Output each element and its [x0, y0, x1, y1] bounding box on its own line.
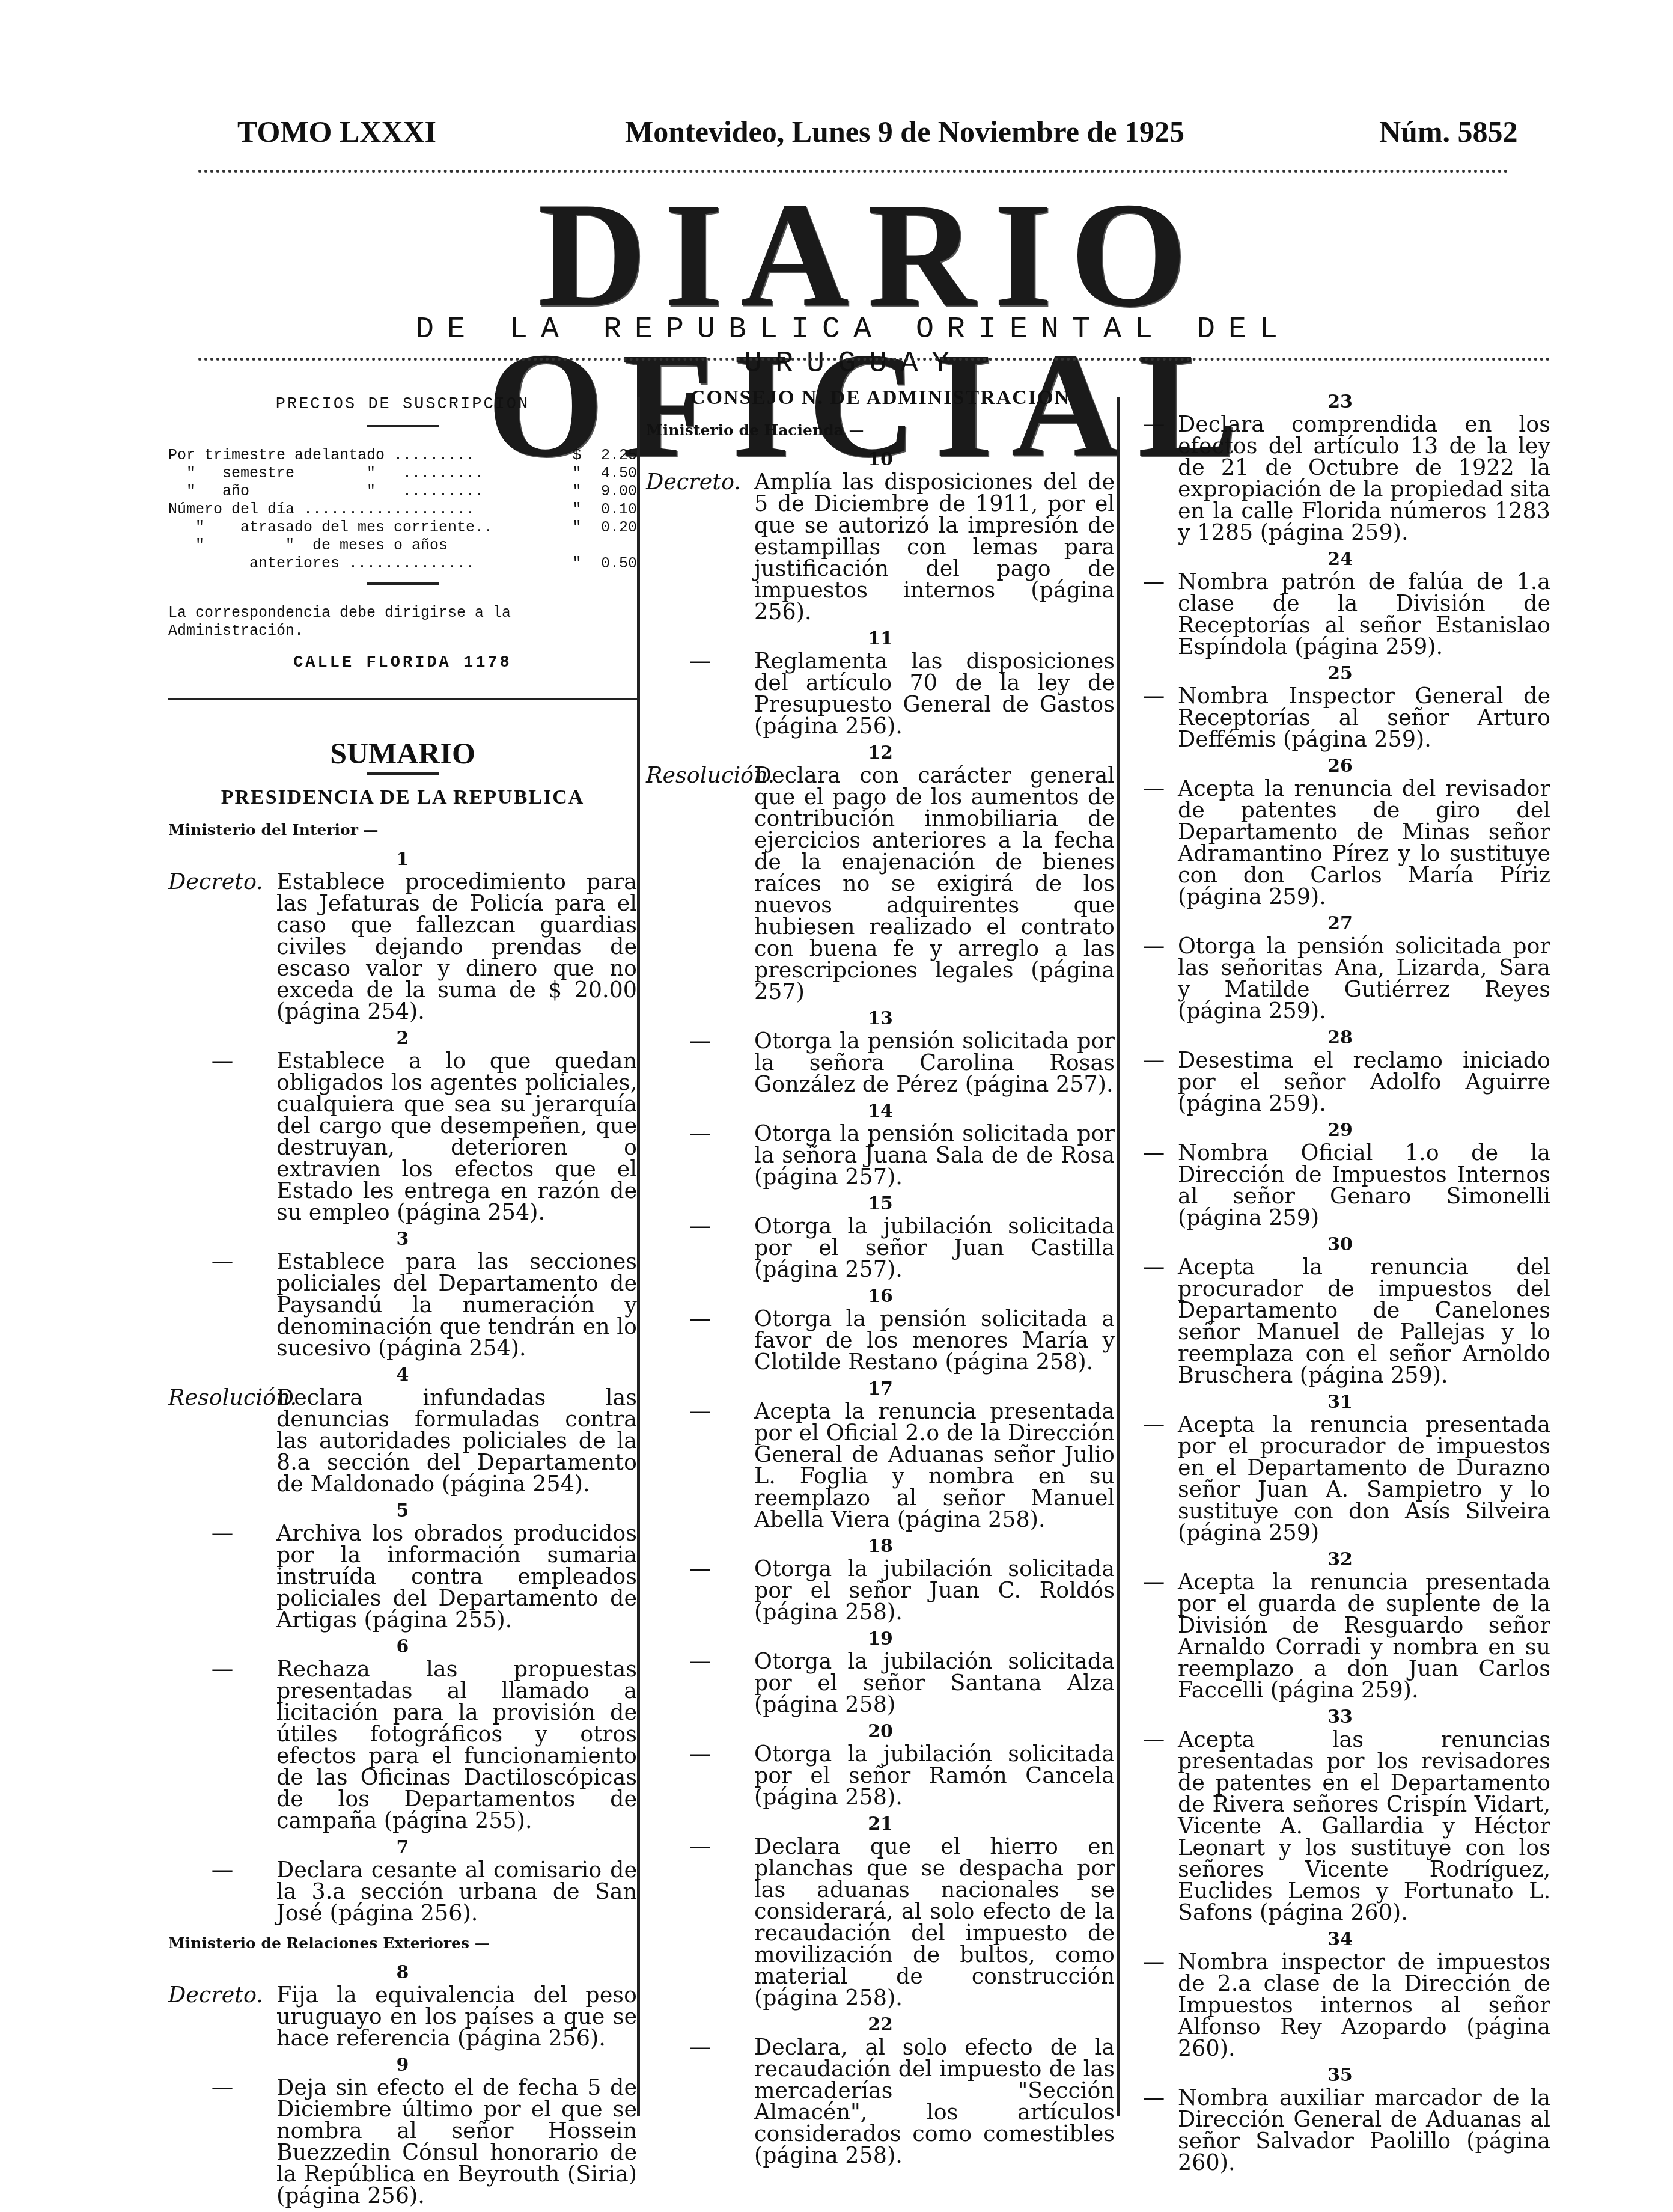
item-body: Resolución.Declara con carácter general …	[646, 765, 1115, 1003]
item-text: Establece a lo que quedan obligados los …	[276, 1050, 637, 1223]
price-value: 4.50	[589, 465, 637, 483]
section-heading: PRESIDENCIA DE LA REPUBLICA	[168, 787, 637, 808]
item-body: —Acepta la renuncia del revisador de pat…	[1130, 778, 1550, 908]
summary-item: 11—Reglamenta las disposiciones del artí…	[646, 628, 1115, 737]
price-currency: "	[565, 555, 589, 573]
item-body: —Desestima el reclamo iniciado por el se…	[1130, 1049, 1550, 1114]
price-label: " atrasado del mes corriente..	[168, 519, 565, 537]
item-kind: —	[1130, 2087, 1178, 2174]
item-kind: Decreto.	[646, 471, 754, 623]
summary-item: 9—Deja sin efecto el de fecha 5 de Dicie…	[168, 2054, 637, 2207]
short-divider	[367, 772, 439, 775]
item-number: 27	[1130, 912, 1550, 935]
section-heading: CONSEJO N. DE ADMINISTRACION	[646, 387, 1115, 409]
item-text: Declara que el hierro en planchas que se…	[754, 1836, 1115, 2009]
ministry-heading: Ministerio del Interior —	[168, 819, 637, 841]
summary-item: 8Decreto.Fija la equivalencia del peso u…	[168, 1961, 637, 2049]
price-label: anteriores ..............	[168, 555, 565, 573]
summary-item: 4Resolución.Declara infundadas las denun…	[168, 1364, 637, 1495]
item-kind: —	[1130, 685, 1178, 750]
price-value: 0.50	[589, 555, 637, 573]
price-value: 2.25	[589, 447, 637, 465]
item-number: 17	[646, 1378, 1115, 1401]
item-number: 9	[168, 2054, 637, 2077]
item-number: 1	[168, 848, 637, 871]
summary-item: 6—Rechaza las propuestas presentadas al …	[168, 1636, 637, 1832]
summary-item: 18—Otorga la jubilación solicitada por e…	[646, 1535, 1115, 1623]
item-number: 24	[1130, 548, 1550, 571]
summary-item: 16—Otorga la pensión solicitada a favor …	[646, 1285, 1115, 1373]
item-text: Acepta la renuncia del revisador de pate…	[1178, 778, 1550, 908]
summary-item: 32—Acepta la renuncia presentada por el …	[1130, 1548, 1550, 1701]
summary-item: 14—Otorga la pensión solicitada por la s…	[646, 1100, 1115, 1188]
price-label: " " de meses o años	[168, 537, 565, 555]
summary-item: 30—Acepta la renuncia del procurador de …	[1130, 1233, 1550, 1386]
item-body: —Reglamenta las disposiciones del artícu…	[646, 650, 1115, 737]
summary-item: 31—Acepta la renuncia presentada por el …	[1130, 1391, 1550, 1544]
item-text: Otorga la jubilación solicitada por el s…	[754, 1215, 1115, 1280]
item-kind: —	[168, 1859, 276, 1924]
item-body: —Declara cesante al comisario de la 3.a …	[168, 1859, 637, 1924]
item-number: 23	[1130, 391, 1550, 414]
price-currency: "	[565, 465, 589, 483]
item-number: 31	[1130, 1391, 1550, 1414]
item-number: 7	[168, 1836, 637, 1859]
item-kind: Resolución.	[646, 765, 754, 1003]
item-kind: —	[1130, 778, 1178, 908]
item-body: —Archiva los obrados producidos por la i…	[168, 1523, 637, 1631]
item-kind: —	[168, 1251, 276, 1359]
item-kind: Decreto.	[168, 871, 276, 1022]
item-kind: —	[646, 1123, 754, 1188]
item-number: 4	[168, 1364, 637, 1387]
ministry-heading: Ministerio de Relaciones Exteriores —	[168, 1932, 637, 1954]
item-number: 14	[646, 1100, 1115, 1123]
summary-item: 17—Acepta la renuncia presentada por el …	[646, 1378, 1115, 1530]
item-text: Acepta las renuncias presentadas por los…	[1178, 1729, 1550, 1923]
summary-item: 2—Establece a lo que quedan obligados lo…	[168, 1027, 637, 1223]
item-text: Nombra Oficial 1.o de la Dirección de Im…	[1178, 1142, 1550, 1229]
item-kind: —	[1130, 935, 1178, 1022]
item-kind: —	[646, 1215, 754, 1280]
item-text: Deja sin efecto el de fecha 5 de Diciemb…	[276, 2077, 637, 2207]
item-text: Declara comprendida en los efectos del a…	[1178, 414, 1550, 543]
item-text: Reglamenta las disposiciones del artícul…	[754, 650, 1115, 737]
price-currency: $	[565, 447, 589, 465]
price-row: " año " ........."9.00	[168, 483, 637, 501]
dateline: Montevideo, Lunes 9 de Noviembre de 1925	[625, 114, 1184, 149]
col2-groups: Ministerio de Hacienda —10Decreto.Amplía…	[646, 420, 1115, 2166]
item-kind: —	[168, 1658, 276, 1832]
price-row: " semestre " ........."4.50	[168, 465, 637, 483]
item-body: Decreto.Fija la equivalencia del peso ur…	[168, 1984, 637, 2049]
item-body: —Nombra inspector de impuestos de 2.a cl…	[1130, 1951, 1550, 2059]
item-kind: Resolución.	[168, 1387, 276, 1495]
item-text: Desestima el reclamo iniciado por el señ…	[1178, 1049, 1550, 1114]
summary-item: 13—Otorga la pensión solicitada por la s…	[646, 1007, 1115, 1095]
summary-item: 7—Declara cesante al comisario de la 3.a…	[168, 1836, 637, 1924]
item-kind: —	[1130, 1142, 1178, 1229]
subtitle-divider	[198, 358, 1550, 361]
col3-items: 23—Declara comprendida en los efectos de…	[1130, 391, 1550, 2174]
price-currency: "	[565, 501, 589, 519]
column-2: CONSEJO N. DE ADMINISTRACION Ministerio …	[646, 385, 1115, 2171]
item-text: Otorga la pensión solicitada a favor de …	[754, 1308, 1115, 1373]
summary-item: 26—Acepta la renuncia del revisador de p…	[1130, 755, 1550, 908]
summary-item: 24—Nombra patrón de falúa de 1.a clase d…	[1130, 548, 1550, 658]
summary-item: 19—Otorga la jubilación solicitada por e…	[646, 1628, 1115, 1716]
price-value	[589, 537, 637, 555]
summary-item: 12Resolución.Declara con carácter genera…	[646, 742, 1115, 1003]
item-number: 10	[646, 448, 1115, 471]
item-kind: Decreto.	[168, 1984, 276, 2049]
item-kind: —	[646, 1308, 754, 1373]
item-body: —Otorga la jubilación solicitada por el …	[646, 1215, 1115, 1280]
item-body: —Establece a lo que quedan obligados los…	[168, 1050, 637, 1223]
column-divider-2	[1117, 397, 1120, 2116]
item-body: —Otorga la pensión solicitada por las se…	[1130, 935, 1550, 1022]
item-text: Otorga la jubilación solicitada por el s…	[754, 1651, 1115, 1716]
issue-number: Núm. 5852	[1379, 114, 1518, 149]
item-text: Declara cesante al comisario de la 3.a s…	[276, 1859, 637, 1924]
item-number: 26	[1130, 755, 1550, 778]
item-number: 30	[1130, 1233, 1550, 1256]
item-text: Declara, al solo efecto de la recaudació…	[754, 2036, 1115, 2166]
item-number: 35	[1130, 2064, 1550, 2087]
item-number: 12	[646, 742, 1115, 765]
item-body: —Acepta las renuncias presentadas por lo…	[1130, 1729, 1550, 1923]
item-number: 5	[168, 1500, 637, 1523]
sumario-title: SUMARIO	[168, 742, 637, 764]
summary-item: 28—Desestima el reclamo iniciado por el …	[1130, 1027, 1550, 1114]
summary-item: 33—Acepta las renuncias presentadas por …	[1130, 1706, 1550, 1923]
item-body: —Acepta la renuncia presentada por el gu…	[1130, 1571, 1550, 1701]
item-body: Decreto.Amplía las disposiciones del de …	[646, 471, 1115, 623]
address: CALLE FLORIDA 1178	[168, 652, 637, 674]
summary-item: 1Decreto.Establece procedimiento para la…	[168, 848, 637, 1022]
item-body: —Nombra Inspector General de Receptorías…	[1130, 685, 1550, 750]
summary-item: 20—Otorga la jubilación solicitada por e…	[646, 1720, 1115, 1808]
summary-item: 35—Nombra auxiliar marcador de la Direcc…	[1130, 2064, 1550, 2174]
item-text: Otorga la pensión solicitada por la seño…	[754, 1123, 1115, 1188]
item-text: Acepta la renuncia presentada por el gua…	[1178, 1571, 1550, 1701]
item-text: Acepta la renuncia presentada por el Ofi…	[754, 1401, 1115, 1530]
price-label: " año " .........	[168, 483, 565, 501]
item-number: 28	[1130, 1027, 1550, 1049]
item-text: Declara infundadas las denuncias formula…	[276, 1387, 637, 1495]
short-divider	[367, 582, 439, 585]
item-kind: —	[168, 2077, 276, 2207]
item-body: Decreto.Establece procedimiento para las…	[168, 871, 637, 1022]
summary-item: 10Decreto.Amplía las disposiciones del d…	[646, 448, 1115, 623]
section-divider	[168, 698, 637, 700]
newspaper-subtitle: DE LA REPUBLICA ORIENTAL DEL URUGUAY	[385, 313, 1322, 381]
item-text: Archiva los obrados producidos por la in…	[276, 1523, 637, 1631]
price-currency: "	[565, 483, 589, 501]
item-kind: —	[1130, 1729, 1178, 1923]
prices-title: PRECIOS DE SUSCRIPCION	[168, 394, 637, 415]
item-kind: —	[646, 1401, 754, 1530]
short-divider	[367, 425, 439, 427]
item-body: —Nombra auxiliar marcador de la Direcció…	[1130, 2087, 1550, 2174]
masthead-top-line: TOMO LXXXI Montevideo, Lunes 9 de Noviem…	[237, 114, 1499, 162]
summary-item: 25—Nombra Inspector General de Receptorí…	[1130, 662, 1550, 750]
item-body: —Establece para las secciones policiales…	[168, 1251, 637, 1359]
summary-item: 15—Otorga la jubilación solicitada por e…	[646, 1193, 1115, 1280]
item-body: —Otorga la jubilación solicitada por el …	[646, 1743, 1115, 1808]
summary-item: 21—Declara que el hierro en planchas que…	[646, 1813, 1115, 2009]
summary-item: 27—Otorga la pensión solicitada por las …	[1130, 912, 1550, 1022]
item-kind: —	[646, 1651, 754, 1716]
item-number: 8	[168, 1961, 637, 1984]
summary-item: 29—Nombra Oficial 1.o de la Dirección de…	[1130, 1119, 1550, 1229]
price-value: 9.00	[589, 483, 637, 501]
item-kind: —	[646, 650, 754, 737]
item-text: Nombra auxiliar marcador de la Dirección…	[1178, 2087, 1550, 2174]
item-number: 20	[646, 1720, 1115, 1743]
item-number: 34	[1130, 1928, 1550, 1951]
item-text: Otorga la jubilación solicitada por el s…	[754, 1558, 1115, 1623]
correspondence-note: La correspondencia debe dirigirse a la A…	[168, 604, 637, 640]
item-text: Declara con carácter general que el pago…	[754, 765, 1115, 1003]
col1-groups: Ministerio del Interior —1Decreto.Establ…	[168, 819, 637, 2207]
item-kind: —	[1130, 414, 1178, 543]
price-row: anteriores .............."0.50	[168, 555, 637, 573]
item-text: Acepta la renuncia presentada por el pro…	[1178, 1414, 1550, 1544]
summary-item: 22—Declara, al solo efecto de la recauda…	[646, 2014, 1115, 2166]
item-number: 25	[1130, 662, 1550, 685]
item-number: 11	[646, 628, 1115, 650]
item-kind: —	[646, 1558, 754, 1623]
item-text: Fija la equivalencia del peso uruguayo e…	[276, 1984, 637, 2049]
price-row: Por trimestre adelantado .........$2.25	[168, 447, 637, 465]
item-number: 33	[1130, 1706, 1550, 1729]
item-body: —Otorga la jubilación solicitada por el …	[646, 1651, 1115, 1716]
item-number: 18	[646, 1535, 1115, 1558]
item-kind: —	[168, 1050, 276, 1223]
price-currency	[565, 537, 589, 555]
item-number: 16	[646, 1285, 1115, 1308]
price-table: Por trimestre adelantado .........$2.25 …	[168, 447, 637, 573]
item-number: 13	[646, 1007, 1115, 1030]
price-row: " " de meses o años	[168, 537, 637, 555]
item-body: —Declara que el hierro en planchas que s…	[646, 1836, 1115, 2009]
item-body: —Acepta la renuncia presentada por el pr…	[1130, 1414, 1550, 1544]
column-3: 23—Declara comprendida en los efectos de…	[1130, 385, 1550, 2178]
item-kind: —	[1130, 1256, 1178, 1386]
price-row: " atrasado del mes corriente.."0.20	[168, 519, 637, 537]
item-body: —Otorga la pensión solicitada a favor de…	[646, 1308, 1115, 1373]
item-kind: —	[1130, 571, 1178, 658]
item-number: 32	[1130, 1548, 1550, 1571]
item-number: 6	[168, 1636, 637, 1658]
item-body: —Otorga la pensión solicitada por la señ…	[646, 1030, 1115, 1095]
summary-item: 5—Archiva los obrados producidos por la …	[168, 1500, 637, 1631]
item-text: Nombra inspector de impuestos de 2.a cla…	[1178, 1951, 1550, 2059]
item-number: 3	[168, 1228, 637, 1251]
item-text: Amplía las disposiciones del de 5 de Dic…	[754, 471, 1115, 623]
ministry-heading: Ministerio de Hacienda —	[646, 420, 1115, 441]
item-number: 22	[646, 2014, 1115, 2036]
item-body: —Declara, al solo efecto de la recaudaci…	[646, 2036, 1115, 2166]
item-body: —Declara comprendida en los efectos del …	[1130, 414, 1550, 543]
item-body: Resolución.Declara infundadas las denunc…	[168, 1387, 637, 1495]
item-text: Acepta la renuncia del procurador de imp…	[1178, 1256, 1550, 1386]
item-kind: —	[1130, 1414, 1178, 1544]
item-kind: —	[1130, 1049, 1178, 1114]
item-text: Otorga la pensión solicitada por las señ…	[1178, 935, 1550, 1022]
item-kind: —	[1130, 1951, 1178, 2059]
volume-number: TOMO LXXXI	[237, 114, 436, 149]
item-body: —Rechaza las propuestas presentadas al l…	[168, 1658, 637, 1832]
column-1: PRECIOS DE SUSCRIPCION Por trimestre ade…	[168, 385, 637, 2211]
price-value: 0.10	[589, 501, 637, 519]
item-body: —Nombra Oficial 1.o de la Dirección de I…	[1130, 1142, 1550, 1229]
item-text: Establece procedimiento para las Jefatur…	[276, 871, 637, 1022]
item-kind: —	[646, 1030, 754, 1095]
price-row: Número del día ..................."0.10	[168, 501, 637, 519]
item-text: Establece para las secciones policiales …	[276, 1251, 637, 1359]
price-currency: "	[565, 519, 589, 537]
item-body: —Deja sin efecto el de fecha 5 de Diciem…	[168, 2077, 637, 2207]
item-text: Nombra Inspector General de Receptorías …	[1178, 685, 1550, 750]
summary-item: 34—Nombra inspector de impuestos de 2.a …	[1130, 1928, 1550, 2059]
item-kind: —	[168, 1523, 276, 1631]
item-number: 29	[1130, 1119, 1550, 1142]
item-kind: —	[646, 2036, 754, 2166]
item-text: Nombra patrón de falúa de 1.a clase de l…	[1178, 571, 1550, 658]
price-label: Por trimestre adelantado .........	[168, 447, 565, 465]
item-number: 2	[168, 1027, 637, 1050]
item-number: 19	[646, 1628, 1115, 1651]
item-body: —Acepta la renuncia del procurador de im…	[1130, 1256, 1550, 1386]
summary-item: 23—Declara comprendida en los efectos de…	[1130, 391, 1550, 543]
price-label: Número del día ...................	[168, 501, 565, 519]
price-label: " semestre " .........	[168, 465, 565, 483]
summary-item: 3—Establece para las secciones policiale…	[168, 1228, 637, 1359]
price-value: 0.20	[589, 519, 637, 537]
item-text: Otorga la jubilación solicitada por el s…	[754, 1743, 1115, 1808]
item-kind: —	[646, 1743, 754, 1808]
item-body: —Acepta la renuncia presentada por el Of…	[646, 1401, 1115, 1530]
item-number: 15	[646, 1193, 1115, 1215]
item-body: —Otorga la pensión solicitada por la señ…	[646, 1123, 1115, 1188]
item-text: Rechaza las propuestas presentadas al ll…	[276, 1658, 637, 1832]
column-divider-1	[637, 397, 640, 2116]
item-kind: —	[646, 1836, 754, 2009]
item-text: Otorga la pensión solicitada por la seño…	[754, 1030, 1115, 1095]
item-body: —Otorga la jubilación solicitada por el …	[646, 1558, 1115, 1623]
item-body: —Nombra patrón de falúa de 1.a clase de …	[1130, 571, 1550, 658]
item-kind: —	[1130, 1571, 1178, 1701]
item-number: 21	[646, 1813, 1115, 1836]
